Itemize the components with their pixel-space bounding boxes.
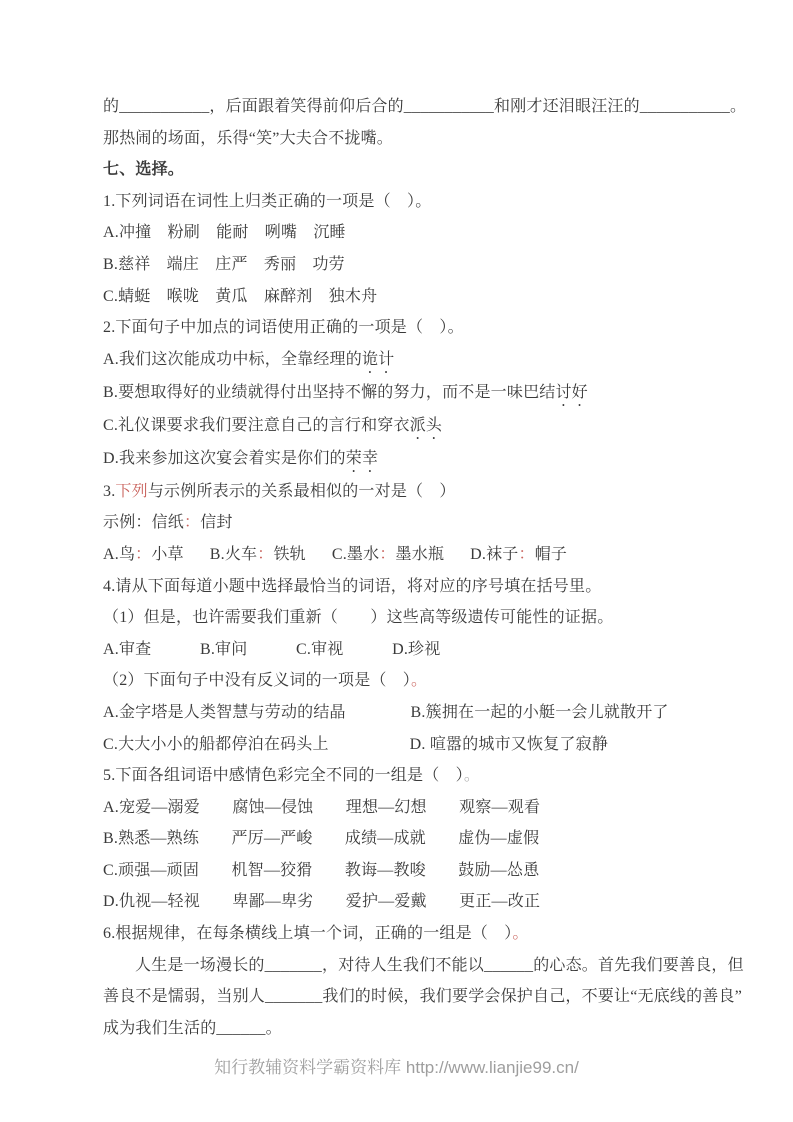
q3-example-answer: 信封: [200, 514, 232, 531]
q3-option-b: B.火车：铁轨: [210, 546, 306, 563]
q5-option-b: B.熟悉—熟练 严厉—严峻 成绩—成就 虚伪—虚假: [103, 823, 723, 855]
q5-option-c: C.顽强—顽固 机智—狡猾 教诲—教唆 鼓励—怂恿: [103, 855, 723, 887]
q2-option-c-text: C.礼仪课要求我们要注意自己的言行和穿衣: [103, 417, 410, 434]
q4-sub1-options: A.审查 B.审问 C.审视 D.珍视: [103, 634, 723, 666]
q3-option-c: C.墨水：墨水瓶: [332, 546, 444, 563]
q4-sub1-title: （1）但是，也许需要我们重新（ ）这些高等级遗传可能性的证据。: [103, 602, 723, 634]
q2-option-b-text: B.要想取得好的业绩就得付出坚持不懈的努力，而不是一味巴结: [103, 384, 555, 401]
q2-option-a-emphasized-word: 诡计: [362, 351, 394, 368]
q3-option-c-left: C.墨水: [332, 546, 379, 563]
q3-option-b-colon: ：: [257, 546, 273, 563]
q4-sub2-title-period: 。: [411, 672, 427, 689]
q3-title: 3.下列与示例所表示的关系最相似的一对是（ ）: [103, 476, 723, 508]
q3-number: 3.: [103, 483, 115, 500]
q6-paragraph-line-1: 人生是一场漫长的_______，对待人生我们不能以______的心态。首先我们要…: [103, 950, 723, 982]
q3-option-a-right: 小草: [151, 546, 183, 563]
worksheet-content: 的___________，后面跟着笑得前仰后合的___________和刚才还泪…: [103, 91, 723, 1044]
q3-option-d: D.袜子：帽子: [470, 546, 567, 563]
fill-blank-sentence-1: 的___________，后面跟着笑得前仰后合的___________和刚才还泪…: [103, 91, 723, 123]
q1-option-a: A.冲撞 粉刷 能耐 咧嘴 沉睡: [103, 217, 723, 249]
q4-sub2-options-row-1: A.金字塔是人类智慧与劳动的结晶 B.簇拥在一起的小艇一会儿就散开了: [103, 697, 723, 729]
q3-option-d-colon: ：: [519, 546, 535, 563]
q6-title: 6.根据规律，在每条横线上填一个词，正确的一组是（ ）。: [103, 918, 723, 950]
q1-option-b: B.慈祥 端庄 庄严 秀丽 功劳: [103, 249, 723, 281]
q6-paragraph-line-3: 成为我们生活的______。: [103, 1013, 723, 1045]
q2-option-a-text: A.我们这次能成功中标，全靠经理的: [103, 351, 362, 368]
q3-title-text: 与示例所表示的关系最相似的一对是（ ）: [148, 483, 456, 500]
section-heading: 七、选择。: [103, 154, 723, 186]
q3-option-a: A.鸟：小草: [103, 546, 184, 563]
q5-title-period: 。: [464, 767, 480, 784]
worksheet-page: 的___________，后面跟着笑得前仰后合的___________和刚才还泪…: [0, 0, 793, 1122]
q1-title: 1.下列词语在词性上归类正确的一项是（ ）。: [103, 186, 723, 218]
q2-option-c-emphasized-word: 派头: [410, 417, 442, 434]
q5-title-text: 5.下面各组词语中感情色彩完全不同的一组是（ ）: [103, 767, 464, 784]
q2-title: 2.下面句子中加点的词语使用正确的一项是（ ）。: [103, 312, 723, 344]
q4-sub2-title: （2）下面句子中没有反义词的一项是（ ）。: [103, 665, 723, 697]
q2-option-d: D.我来参加这次宴会着实是你们的荣幸: [103, 443, 723, 476]
q3-highlighted-word: 下列: [115, 483, 147, 500]
q4-sub2-options-row-2: C.大大小小的船都停泊在码头上 D. 喧嚣的城市又恢复了寂静: [103, 729, 723, 761]
q4-sub2-title-text: （2）下面句子中没有反义词的一项是（ ）: [103, 672, 411, 689]
q5-title: 5.下面各组词语中感情色彩完全不同的一组是（ ）。: [103, 760, 723, 792]
q3-option-a-colon: ：: [135, 546, 151, 563]
q1-option-c: C.蜻蜓 喉咙 黄瓜 麻醉剂 独木舟: [103, 281, 723, 313]
q5-option-a: A.宠爱—溺爱 腐蚀—侵蚀 理想—幻想 观察—观看: [103, 792, 723, 824]
q3-option-b-right: 铁轨: [273, 546, 305, 563]
q3-example: 示例：信纸：信封: [103, 507, 723, 539]
fill-blank-sentence-2: 那热闹的场面，乐得“笑”大夫合不拢嘴。: [103, 123, 723, 155]
q4-title: 4.请从下面每道小题中选择最恰当的词语，将对应的序号填在括号里。: [103, 571, 723, 603]
q2-option-d-text: D.我来参加这次宴会着实是你们的: [103, 450, 346, 467]
q2-option-a: A.我们这次能成功中标，全靠经理的诡计: [103, 344, 723, 377]
q2-option-d-emphasized-word: 荣幸: [346, 450, 378, 467]
q3-option-d-right: 帽子: [535, 546, 567, 563]
q3-option-a-left: A.鸟: [103, 546, 135, 563]
q3-option-d-left: D.袜子: [470, 546, 518, 563]
q2-option-b: B.要想取得好的业绩就得付出坚持不懈的努力，而不是一味巴结讨好: [103, 377, 723, 410]
q5-option-d: D.仇视—轻视 卑鄙—卑劣 爱护—爱戴 更正—改正: [103, 886, 723, 918]
q3-example-colon: ：: [184, 514, 200, 531]
q2-option-b-emphasized-word: 讨好: [555, 384, 587, 401]
q3-options-row: A.鸟：小草B.火车：铁轨C.墨水：墨水瓶D.袜子：帽子: [103, 539, 723, 571]
q2-option-c: C.礼仪课要求我们要注意自己的言行和穿衣派头: [103, 410, 723, 443]
q6-title-period: 。: [512, 925, 528, 942]
q3-option-c-colon: ：: [379, 546, 395, 563]
q3-option-c-right: 墨水瓶: [396, 546, 445, 563]
q3-option-b-left: B.火车: [210, 546, 257, 563]
q6-title-text: 6.根据规律，在每条横线上填一个词，正确的一组是（ ）: [103, 925, 512, 942]
footer-watermark: 知行教辅资料学霸资料库 http://www.lianjie99.cn/: [0, 1053, 793, 1078]
q6-paragraph-line-2: 善良不是懦弱，当别人_______我们的时候，我们要学会保护自己，不要让“无底线…: [103, 981, 723, 1013]
q3-example-text: 示例：信纸: [103, 514, 184, 531]
